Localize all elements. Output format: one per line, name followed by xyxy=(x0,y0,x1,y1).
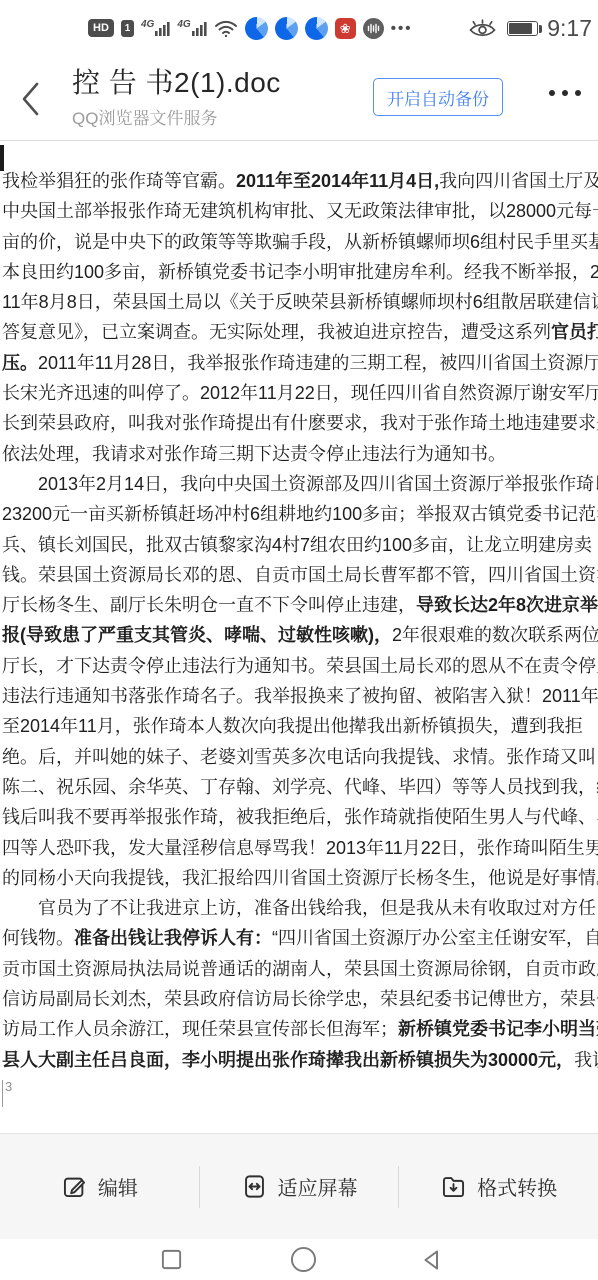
doc-line: 违法行违通知书落张作琦名子。我举报换来了被拘留、被陷害入狱！2011年 xyxy=(2,681,598,711)
status-bar: HD 1 4G 4G ❀ xyxy=(0,0,598,56)
fit-screen-icon xyxy=(241,1173,268,1200)
toolbar-item-label: 编辑 xyxy=(98,1172,138,1201)
doc-line: 绝。后，并叫她的妹子、老婆刘雪英多次电话向我提钱、求情。张作琦又叫： xyxy=(2,742,598,772)
doc-line: 23200元一亩买新桥镇赶场冲村6组耕地约100多亩；举报双古镇党委书记范华 xyxy=(2,499,598,529)
recents-button[interactable] xyxy=(141,1239,201,1280)
doc-line: 访局工作人员余游江，现任荣县宣传部长但海军；新桥镇党委书记李小明当荣 xyxy=(2,1014,598,1044)
home-button[interactable] xyxy=(273,1239,333,1280)
page-number-artifact: 3 xyxy=(2,1080,12,1107)
doc-line: 兵、镇长刘国民，批双古镇黎家沟4村7组农田约100多亩，让龙立明建房卖 xyxy=(2,530,598,560)
doc-line: 钱。荣县国土资源局长邓的恩、自贡市国土局长曹军都不管，四川省国土资源 xyxy=(2,560,598,590)
doc-line: 我检举猖狂的张作琦等官霸。2011年至2014年11月4日,我向四川省国土厅及 xyxy=(2,166,598,196)
doc-line: 压。2011年11月28日，我举报张作琦违建的三期工程，被四川省国土资源厅 xyxy=(2,348,598,378)
doc-line: 长到荣县政府，叫我对张作琦提出有什麽要求，我对于张作琦土地违建要求是 xyxy=(2,408,598,438)
doc-line: 长宋光齐迅速的叫停了。2012年11月22日，现任四川省自然资源厅谢安军厅 xyxy=(2,378,598,408)
doc-line: 中央国土部举报张作琦无建筑机构审批、又无政策法律审批，以28000元每一 xyxy=(2,196,598,226)
network-type-label: 4G xyxy=(177,20,190,30)
doc-line: 的同杨小天向我提钱，我汇报给四川省国土资源厅长杨冬生，他说是好事情。 xyxy=(2,863,598,893)
wifi-icon xyxy=(214,19,238,38)
fit-screen-button[interactable]: 适应屏幕 xyxy=(200,1134,399,1239)
recents-square-icon xyxy=(160,1248,183,1271)
page-title: 控 告 书2(1).doc xyxy=(72,66,281,100)
chevron-left-icon xyxy=(18,79,42,119)
toolbar-item-label: 适应屏幕 xyxy=(278,1172,358,1201)
doc-line: 亩的价，说是中央下的政策等等欺骗手段，从新桥镇螺师坝6组村民手里买基 xyxy=(2,227,598,257)
notification-app-icon-2 xyxy=(275,17,298,40)
doc-line: 依法处理，我请求对张作琦三期下达责令停止违法行为通知书。 xyxy=(2,439,598,469)
toolbar-item-label: 格式转换 xyxy=(477,1172,557,1201)
page-subtitle: QQ浏览器文件服务 xyxy=(72,104,281,129)
phone-screen: HD 1 4G 4G ❀ xyxy=(0,0,598,1280)
doc-line: 官员为了不让我进京上访，准备出钱给我，但是我从未有收取过对方任 xyxy=(2,893,598,923)
back-triangle-icon xyxy=(420,1248,444,1272)
doc-line: 县人大副主任吕良面，李小明提出张作琦撵我出新桥镇损失为30000元，我说 xyxy=(2,1045,598,1075)
file-viewer-header: 控 告 书2(1).doc QQ浏览器文件服务 开启自动备份 xyxy=(0,56,598,141)
eye-comfort-icon xyxy=(467,18,498,38)
battery-icon xyxy=(507,21,538,36)
voice-assistant-icon xyxy=(363,18,384,39)
title-block: 控 告 书2(1).doc QQ浏览器文件服务 xyxy=(72,66,281,129)
more-menu-button[interactable] xyxy=(549,90,581,96)
signal-4g-icon-1: 4G xyxy=(141,19,170,37)
format-convert-button[interactable]: 格式转换 xyxy=(399,1134,598,1239)
convert-download-icon xyxy=(440,1173,467,1200)
nav-back-button[interactable] xyxy=(402,1239,462,1280)
status-icons-left: HD 1 4G 4G ❀ xyxy=(88,17,412,40)
doc-line: 2013年2月14日，我向中央国土资源部及四川省国土资源厅举报张作琦以 xyxy=(2,469,598,499)
signal-4g-icon-2: 4G xyxy=(177,19,206,37)
back-button[interactable] xyxy=(12,78,48,120)
bottom-toolbar: 编辑 适应屏幕 格式转换 xyxy=(0,1133,598,1239)
text-cursor xyxy=(0,145,4,171)
doc-line: 本良田约100多亩，新桥镇党委书记李小明审批建房牟利。经我不断举报，20 xyxy=(2,257,598,287)
enable-auto-backup-button[interactable]: 开启自动备份 xyxy=(373,78,503,116)
document-scroll-area[interactable]: 我检举猖狂的张作琦等官霸。2011年至2014年11月4日,我向四川省国土厅及中… xyxy=(0,142,598,1133)
doc-line: 至2014年11月，张作琦本人数次向我提出他撵我出新桥镇损失，遭到我拒 xyxy=(2,711,598,741)
doc-line: 信访局副局长刘杰，荣县政府信访局长徐学忠，荣县纪委书记傅世方，荣县信 xyxy=(2,984,598,1014)
doc-line: 贡市国土资源局执法局说普通话的湖南人，荣县国土资源局徐钢，自贡市政府 xyxy=(2,954,598,984)
hd-voice-icon: HD xyxy=(88,19,114,37)
doc-line: 厅长杨冬生、副厅长朱明仓一直不下令叫停止违建，导致长达2年8次进京举 xyxy=(2,590,598,620)
doc-line: 11年8月8日，荣县国土局以《关于反映荣县新桥镇螺师坝村6组散居联建信访 xyxy=(2,287,598,317)
sim1-icon: 1 xyxy=(121,20,134,37)
doc-line: 四等人恐吓我，发大量淫秽信息辱骂我！2013年11月22日，张作琦叫陌生男 xyxy=(2,833,598,863)
network-type-label: 4G xyxy=(141,20,154,30)
android-nav-bar xyxy=(0,1239,598,1280)
notification-app-icon-1 xyxy=(245,17,268,40)
status-icons-right: 9:17 xyxy=(467,15,592,42)
edit-button[interactable]: 编辑 xyxy=(0,1134,199,1239)
document-lines: 我检举猖狂的张作琦等官霸。2011年至2014年11月4日,我向四川省国土厅及中… xyxy=(2,166,598,1075)
doc-line: 答复意见》，已立案调查。无实际处理，我被迫进京控告，遭受这系列官员打 xyxy=(2,317,598,347)
doc-line: 钱后叫我不要再举报张作琦，被我拒绝后，张作琦就指使陌生男人与代峰、毕 xyxy=(2,802,598,832)
edit-pencil-icon xyxy=(61,1173,88,1200)
clock-time: 9:17 xyxy=(547,15,592,42)
home-circle-icon xyxy=(290,1246,317,1273)
doc-line: 厅长，才下达责令停止违法行为通知书。荣县国土局长邓的恩从不在责令停止 xyxy=(2,651,598,681)
notification-red-app-icon: ❀ xyxy=(335,18,356,39)
doc-line: 报(导致患了严重支其管炎、哮喘、过敏性咳嗽)，2年很艰难的数次联系两位 xyxy=(2,620,598,650)
doc-line: 陈二、祝乐园、余华英、丁存翰、刘学亮、代峰、毕四）等等人员找到我，给 xyxy=(2,772,598,802)
notification-app-icon-3 xyxy=(305,17,328,40)
more-notifications-icon: ••• xyxy=(391,20,413,37)
doc-line: 何钱物。准备出钱让我停诉人有：“四川省国土资源厅办公室主任谢安军，自 xyxy=(2,923,598,953)
